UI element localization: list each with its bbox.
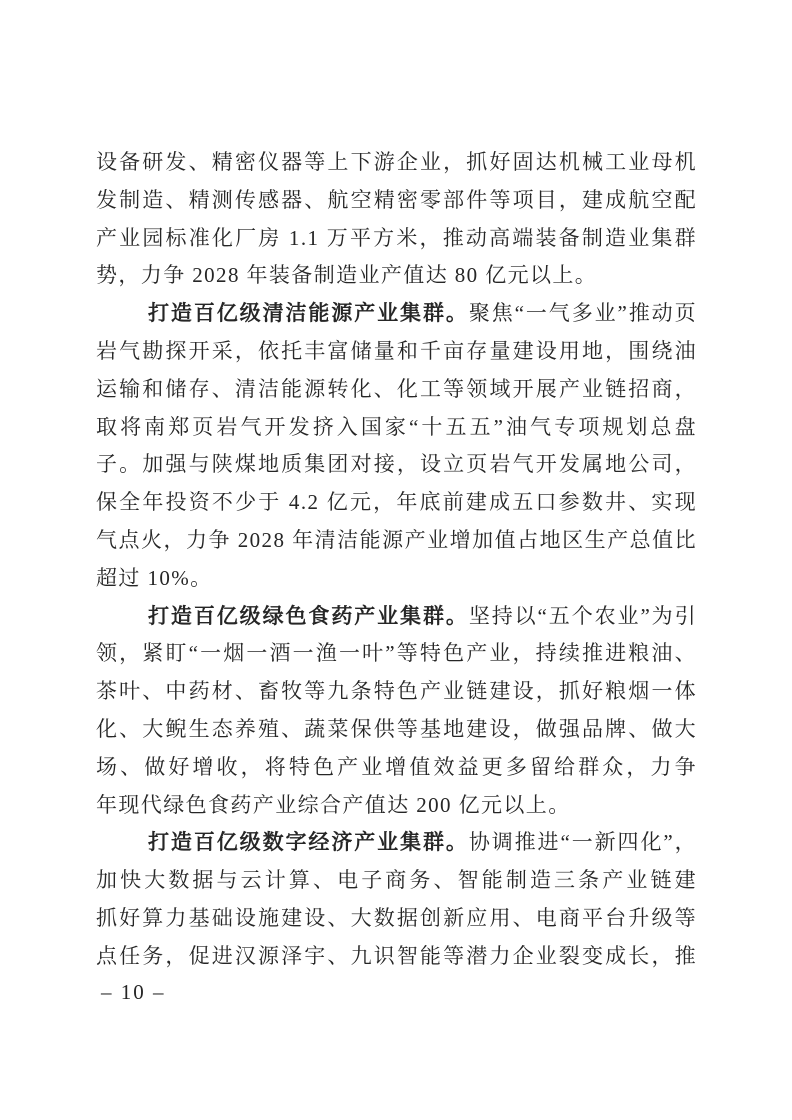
paragraph-text: 协调推进“一新四化”， — [469, 830, 697, 854]
document-body: 设备研发、精密仪器等上下游企业，抓好固达机械工业母机研 发制造、精测传感器、航空… — [96, 144, 697, 976]
text-line: 打造百亿级数字经济产业集群。协调推进“一新四化”， — [96, 824, 697, 862]
text-line: 子。加强与陕煤地质集团对接，设立页岩气开发属地公司，确 — [96, 446, 697, 484]
text-line: 化、大鲵生态养殖、蔬菜保供等基地建设，做强品牌、做大市 — [96, 711, 697, 749]
page-number: – 10 – — [101, 980, 166, 1004]
text-line: 势，力争 2028 年装备制造业产值达 80 亿元以上。 — [96, 257, 697, 295]
document-page: 设备研发、精密仪器等上下游企业，抓好固达机械工业母机研 发制造、精测传感器、航空… — [0, 0, 792, 1120]
text-line: 产业园标准化厂房 1.1 万平方米，推动高端装备制造业集群成 — [96, 220, 697, 258]
text-line: 打造百亿级清洁能源产业集群。聚焦“一气多业”推动页 — [96, 295, 697, 333]
text-line: 取将南郑页岩气开发挤入国家“十五五”油气专项规划总盘 — [96, 409, 697, 447]
text-line: 运输和储存、清洁能源转化、化工等领域开展产业链招商，争 — [96, 371, 697, 409]
text-line: 岩气勘探开采，依托丰富储量和千亩存量建设用地，围绕油气 — [96, 333, 697, 371]
paragraph-lead: 打造百亿级数字经济产业集群。 — [148, 830, 469, 854]
text-line: 年现代绿色食药产业综合产值达 200 亿元以上。 — [96, 787, 697, 825]
text-line: 气点火，力争 2028 年清洁能源产业增加值占地区生产总值比重 — [96, 522, 697, 560]
text-line: 打造百亿级绿色食药产业集群。坚持以“五个农业”为引 — [96, 598, 697, 636]
text-line: 设备研发、精密仪器等上下游企业，抓好固达机械工业母机研 — [96, 144, 697, 182]
paragraph-text: 聚焦“一气多业”推动页 — [469, 301, 697, 325]
paragraph-text: 坚持以“五个农业”为引 — [469, 604, 697, 628]
text-line: 场、做好增收，将特色产业增值效益更多留给群众，力争 2028 — [96, 749, 697, 787]
text-line: 发制造、精测传感器、航空精密零部件等项目，建成航空配套 — [96, 182, 697, 220]
text-line: 加快大数据与云计算、电子商务、智能制造三条产业链建设， — [96, 862, 697, 900]
text-line: 抓好算力基础设施建设、大数据创新应用、电商平台升级等重 — [96, 900, 697, 938]
text-line: 保全年投资不少于 4.2 亿元，年底前建成五口参数井、实现出 — [96, 484, 697, 522]
text-line: 超过 10%。 — [96, 560, 697, 598]
paragraph-lead: 打造百亿级清洁能源产业集群。 — [148, 301, 469, 325]
text-line: 点任务，促进汉源泽宇、九识智能等潜力企业裂变成长，推动 — [96, 938, 697, 976]
text-line: 领，紧盯“一烟一酒一渔一叶”等特色产业，持续推进粮油、 — [96, 635, 697, 673]
text-line: 茶叶、中药材、畜牧等九条特色产业链建设，抓好粮烟一体 — [96, 673, 697, 711]
paragraph-lead: 打造百亿级绿色食药产业集群。 — [148, 604, 469, 628]
